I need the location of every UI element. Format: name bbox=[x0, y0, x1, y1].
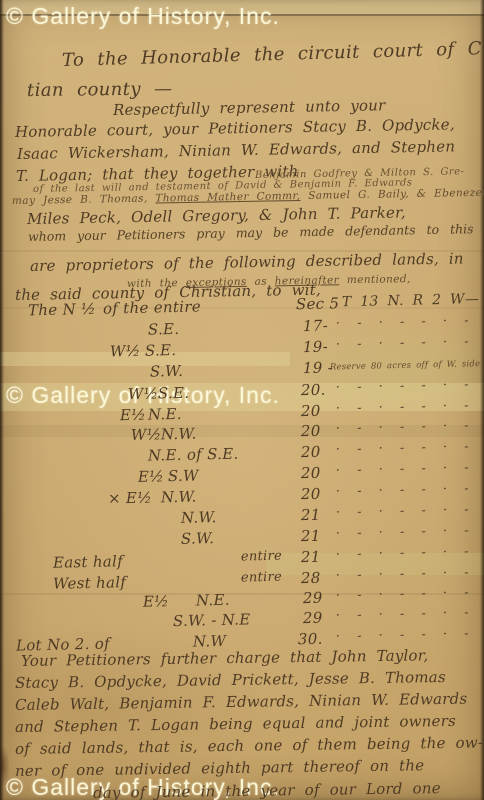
document-photo: © Gallery of History, Inc. © Gallery of … bbox=[0, 0, 484, 800]
ditto-marks: · - · - - · - bbox=[336, 377, 471, 395]
reservation-note: Reserve 80 acres off of W. side. bbox=[330, 359, 483, 372]
ditto-marks: · - · - - · - bbox=[336, 585, 471, 603]
land-part: S.W bbox=[168, 466, 199, 485]
ditto-marks: · - · - - · - bbox=[336, 334, 471, 352]
ditto-marks: · - · - - · - bbox=[336, 418, 471, 436]
manuscript-line: day of June in the year of our Lord one bbox=[93, 779, 441, 800]
ditto-marks: · - · - - · - bbox=[336, 398, 471, 416]
land-qualifier: × E½ bbox=[108, 489, 152, 508]
land-entire: entire bbox=[241, 570, 282, 586]
document-heading-line: To the Honorable the circuit court of Ch… bbox=[62, 37, 484, 71]
section-number: 21 bbox=[301, 506, 321, 524]
land-part: of the entire bbox=[103, 297, 201, 317]
section-number: 20 bbox=[301, 464, 321, 482]
section-number: 28 bbox=[301, 569, 321, 587]
interlined-text: may Jesse B. Thomas, bbox=[12, 192, 156, 207]
land-part: S.E. bbox=[148, 320, 180, 339]
ditto-marks: · - · - - · - bbox=[336, 313, 471, 331]
section-number: 21 bbox=[301, 527, 321, 545]
manuscript-line: Caleb Walt, Benjamin F. Edwards, Ninian … bbox=[15, 690, 468, 714]
land-qualifier: W½ bbox=[128, 384, 159, 403]
section-number: 29 bbox=[303, 609, 323, 627]
manuscript-line: Honorable court, your Petitioners Stacy … bbox=[15, 115, 455, 141]
manuscript-line: and Stephen T. Logan being equal and joi… bbox=[15, 712, 456, 736]
land-qualifier: E½ bbox=[120, 406, 146, 425]
land-part: N.E. of S.E. bbox=[148, 445, 239, 465]
land-part: N.W. bbox=[161, 488, 197, 507]
land-qualifier: E½ bbox=[138, 467, 164, 486]
land-qualifier: East half bbox=[53, 552, 123, 572]
manuscript-line: Respectfully represent unto your bbox=[113, 96, 386, 119]
ditto-marks: · - · - - · - bbox=[336, 523, 471, 541]
ditto-marks: · - · - - · - bbox=[336, 481, 471, 499]
watermark-text: © Gallery of History, Inc. bbox=[6, 3, 280, 30]
section-number: 20 bbox=[301, 422, 321, 440]
section-number: 20 bbox=[301, 443, 321, 461]
ditto-marks: · - · - - · - bbox=[336, 544, 471, 562]
manuscript-line: Isaac Wickersham, Ninian W. Edwards, and… bbox=[17, 137, 455, 163]
land-part: S.W. bbox=[181, 529, 215, 548]
ditto-marks: · - · - - · - bbox=[336, 439, 471, 457]
underlined-name: Thomas Mather Commr, bbox=[155, 190, 300, 205]
ditto-marks: · - · - - · - bbox=[336, 502, 471, 520]
land-qualifier: W½ bbox=[110, 342, 141, 361]
section-number: 29 bbox=[303, 589, 323, 607]
land-part: S.W. bbox=[150, 362, 184, 381]
land-part: N.W. bbox=[161, 425, 197, 444]
land-part: N.W. bbox=[181, 508, 217, 527]
ditto-marks: · - · - - · - bbox=[336, 626, 471, 644]
section-number: 20 bbox=[301, 485, 321, 503]
land-qualifier: The N ½ bbox=[28, 300, 96, 320]
document-heading-line: tian county — bbox=[27, 78, 173, 101]
land-qualifier: E½ bbox=[143, 592, 169, 611]
land-part: S.E. bbox=[158, 384, 190, 403]
land-qualifier: West half bbox=[53, 573, 127, 593]
land-part: S.E. bbox=[145, 341, 177, 360]
land-part: N.E. bbox=[196, 591, 230, 610]
ditto-marks: · - · - - · - bbox=[336, 605, 471, 623]
land-part: N.W bbox=[193, 632, 227, 651]
section-number: 20. bbox=[301, 381, 326, 400]
section-number: 17- bbox=[303, 317, 328, 336]
section-number: 30. bbox=[298, 630, 323, 649]
section-number: 21 bbox=[301, 548, 321, 566]
manuscript-line: are proprietors of the following describ… bbox=[30, 249, 464, 275]
section-number: Sec 5 bbox=[296, 294, 340, 313]
manuscript-line: of said lands, that is, each one of them… bbox=[15, 733, 483, 758]
land-entire: entire bbox=[241, 549, 282, 565]
township-range: T 13 N. R 2 W— bbox=[342, 291, 480, 310]
section-number: 19- bbox=[303, 338, 328, 357]
section-number: 19 - bbox=[303, 358, 334, 377]
manuscript-line: ner of one undivided eighth part thereof… bbox=[15, 756, 425, 780]
ditto-marks: · - · - - · - bbox=[336, 460, 471, 478]
section-number: 20 bbox=[301, 402, 321, 420]
manuscript-line: Stacy B. Opdycke, David Prickett, Jesse … bbox=[15, 668, 446, 692]
land-part: N.E. bbox=[148, 405, 182, 424]
land-qualifier: W½ bbox=[131, 425, 162, 444]
interlined-text: mentioned, bbox=[339, 273, 411, 286]
land-part: S.W. - N.E bbox=[173, 610, 251, 630]
ditto-marks: · - · - - · - bbox=[336, 565, 471, 583]
